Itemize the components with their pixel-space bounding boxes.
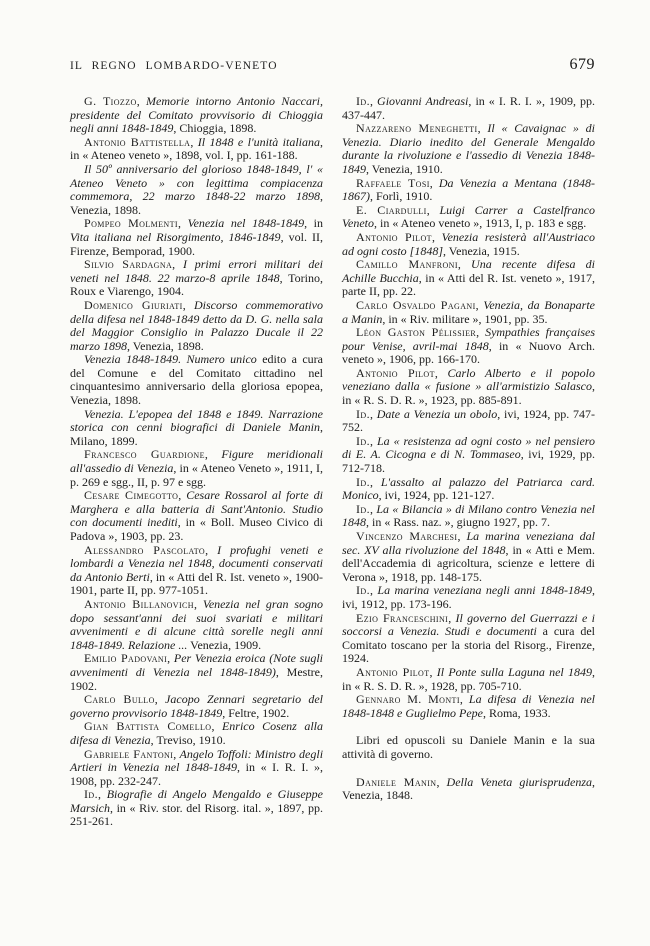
entry-text: , xyxy=(458,257,471,271)
author-name: Gabriele Fantoni xyxy=(84,747,173,761)
bibliography-entry: Venezia 1848-1849. Numero unico edito a … xyxy=(70,353,323,407)
entry-text: , xyxy=(205,447,221,461)
entry-text: , in « Rass. naz. », giugno 1927, pp. 7. xyxy=(366,515,550,529)
bibliography-entry: Alessandro Pascolato, I profughi veneti … xyxy=(70,544,323,598)
entry-text: , xyxy=(478,121,488,135)
author-name: Silvio Sardagna xyxy=(84,257,172,271)
entry-text: , in « Ateneo veneto », 1913, I, p. 183 … xyxy=(374,216,586,230)
author-name: Ezio Franceschini xyxy=(356,611,448,625)
bibliography-entry: G. Tiozzo, Memorie intorno Antonio Nacca… xyxy=(70,95,323,136)
bibliography-entry: Vincenzo Marchesi, La marina veneziana d… xyxy=(342,530,595,584)
bibliography-entry: Gennaro M. Monti, La difesa di Venezia n… xyxy=(342,693,595,720)
bibliography-entry: Antonio Pilot, Venezia resisterà all'Aus… xyxy=(342,231,595,258)
entry-text: , xyxy=(460,692,469,706)
work-title: Venezia nel 1848-1849 xyxy=(188,216,305,230)
bibliography-entry: Id., Date a Venezia un obolo, ivi, 1924,… xyxy=(342,408,595,435)
author-name: G. Tiozzo xyxy=(84,94,137,108)
entry-text: , xyxy=(430,665,437,679)
work-title: Della Veneta giurisprudenza xyxy=(447,775,592,789)
bibliography-entry: Gian Battista Comello, Enrico Cosenz all… xyxy=(70,720,323,747)
bibliography-entry: Antonio Pilot, Il Ponte sulla Laguna nel… xyxy=(342,666,595,693)
bibliography-entry: E. Ciardulli, Luigi Carrer a Castelfranc… xyxy=(342,204,595,231)
bibliography-entry: Antonio Pilot, Carlo Alberto e il popolo… xyxy=(342,367,595,408)
bibliography-entry: Raffaele Tosi, Da Venezia a Mentana (184… xyxy=(342,177,595,204)
bibliography-entry: Id., L'assalto al palazzo del Patriarca … xyxy=(342,476,595,503)
text-columns: G. Tiozzo, Memorie intorno Antonio Nacca… xyxy=(70,95,595,829)
bibliography-entry: Cesare Cimegotto, Cesare Rossarol al for… xyxy=(70,489,323,543)
bibliography-entry: Daniele Manin, Della Veneta giurispruden… xyxy=(342,776,595,803)
bibliography-entry: Camillo Manfroni, Una recente difesa di … xyxy=(342,258,595,299)
author-name: Id. xyxy=(356,434,370,448)
bibliography-entry: Nazzareno Meneghetti, Il « Cavaignac » d… xyxy=(342,122,595,176)
author-name: Daniele Manin xyxy=(356,775,436,789)
author-name: Raffaele Tosi xyxy=(356,176,430,190)
entry-text: , Venezia, 1915. xyxy=(443,244,520,258)
entry-text: , xyxy=(183,298,194,312)
entry-text: , Venezia, 1898. xyxy=(127,339,204,353)
bibliography-entry: Léon Gaston Pélissier, Sympathies frança… xyxy=(342,326,595,367)
entry-text: , xyxy=(370,94,377,108)
work-title: Il Ponte sulla Laguna nel 1849 xyxy=(437,665,592,679)
entry-text: , xyxy=(430,176,439,190)
entry-text: , xyxy=(137,94,146,108)
entry-text: , xyxy=(172,257,183,271)
work-title: Giovanni Andreasi xyxy=(377,94,468,108)
entry-text: , xyxy=(190,135,197,149)
author-name: Id. xyxy=(356,94,370,108)
author-name: Carlo Bullo xyxy=(84,692,155,706)
page-header: IL REGNO LOMBARDO-VENETO 679 xyxy=(70,56,595,74)
entry-text: , xyxy=(370,434,377,448)
book-page: IL REGNO LOMBARDO-VENETO 679 G. Tiozzo, … xyxy=(0,0,650,946)
bibliography-entry: Il 50º anniversario del glorioso 1848-18… xyxy=(70,163,323,217)
work-title: Date a Venezia un obolo xyxy=(377,407,497,421)
right-column: Id., Giovanni Andreasi, in « I. R. I. »,… xyxy=(342,95,595,829)
entry-text: , xyxy=(194,597,203,611)
author-name: Id. xyxy=(356,475,370,489)
author-name: Antonio Pilot xyxy=(356,665,430,679)
work-title: Venezia. L'epopea del 1848 e 1849. Narra… xyxy=(70,407,323,435)
author-name: Id. xyxy=(356,502,370,516)
author-name: Emilio Padovani xyxy=(84,651,167,665)
entry-text: , Chioggia, 1898. xyxy=(173,121,256,135)
entry-text: , xyxy=(167,651,174,665)
entry-text: , xyxy=(370,475,381,489)
author-name: Nazzareno Meneghetti xyxy=(356,121,478,135)
bibliography-entry: Id., Giovanni Andreasi, in « I. R. I. »,… xyxy=(342,95,595,122)
entry-text: Venezia, 1909. xyxy=(187,638,261,652)
author-name: Gian Battista Comello xyxy=(84,719,211,733)
work-title: Il 1848 e l'unità italiana xyxy=(198,135,320,149)
work-title: Vita italiana nel Risorgimento, 1846-184… xyxy=(70,230,281,244)
left-column: G. Tiozzo, Memorie intorno Antonio Nacca… xyxy=(70,95,323,829)
bibliography-entry: Antonio Battistella, Il 1848 e l'unità i… xyxy=(70,136,323,163)
entry-text: , Roma, 1933. xyxy=(483,706,551,720)
bibliography-entry: Id., La marina veneziana negli anni 1848… xyxy=(342,584,595,611)
bibliography-entry: Pompeo Molmenti, Venezia nel 1848-1849, … xyxy=(70,217,323,258)
author-name: Cesare Cimegotto xyxy=(84,488,178,502)
entry-text: , xyxy=(211,719,222,733)
bibliography-entry: Venezia. L'epopea del 1848 e 1849. Narra… xyxy=(70,408,323,449)
bibliography-entry: Carlo Bullo, Jacopo Zennari segretario d… xyxy=(70,693,323,720)
entry-text: , xyxy=(178,216,188,230)
entry-text: , xyxy=(427,203,440,217)
bibliography-entry: Id., La « resistenza ad ogni costo » nel… xyxy=(342,435,595,476)
bibliography-entry: Ezio Franceschini, Il governo del Guerra… xyxy=(342,612,595,666)
author-name: Francesco Guardione xyxy=(84,447,205,461)
bibliography-entry: Domenico Giuriati, Discorso commemorativ… xyxy=(70,299,323,353)
entry-text: , xyxy=(476,325,485,339)
entry-text: , xyxy=(370,407,377,421)
author-name: Id. xyxy=(356,583,370,597)
running-header: IL REGNO LOMBARDO-VENETO xyxy=(70,60,278,72)
entry-text: , Forlì, 1910. xyxy=(370,189,432,203)
author-name: Antonio Pilot xyxy=(356,366,435,380)
author-name: Antonio Pilot xyxy=(356,230,432,244)
author-name: Antonio Battistella xyxy=(84,135,190,149)
author-name: Gennaro M. Monti xyxy=(356,692,460,706)
entry-text: , xyxy=(448,611,455,625)
author-name: Id. xyxy=(356,407,370,421)
entry-text: , xyxy=(205,543,217,557)
entry-text: , Treviso, 1910. xyxy=(151,733,226,747)
bibliography-entry: Gabriele Fantoni, Angelo Toffoli: Minist… xyxy=(70,748,323,789)
entry-text: , xyxy=(98,787,107,801)
author-name: Id. xyxy=(84,787,98,801)
bibliography-entry: Id., Biografie di Angelo Mengaldo e Gius… xyxy=(70,788,323,829)
author-name: Domenico Giuriati xyxy=(84,298,183,312)
author-name: Léon Gaston Pélissier xyxy=(356,325,476,339)
bibliography-entry: Silvio Sardagna, I primi errori militari… xyxy=(70,258,323,299)
entry-text: , xyxy=(435,366,448,380)
author-name: E. Ciardulli xyxy=(356,203,427,217)
bibliography-entry: Antonio Billanovich, Venezia nel gran so… xyxy=(70,598,323,652)
author-name: Pompeo Molmenti xyxy=(84,216,178,230)
author-name: Camillo Manfroni xyxy=(356,257,458,271)
work-title: Il 50º anniversario del glorioso 1848-18… xyxy=(70,162,323,203)
author-name: Vincenzo Marchesi xyxy=(356,529,457,543)
entry-text: , in « Riv. militare », 1901, pp. 35. xyxy=(382,312,547,326)
bibliography-entry: Carlo Osvaldo Pagani, Venezia, da Bonapa… xyxy=(342,299,595,326)
entry-text: , ivi, 1924, pp. 121-127. xyxy=(379,488,495,502)
entry-text: , xyxy=(436,775,446,789)
author-name: Antonio Billanovich xyxy=(84,597,194,611)
entry-text: , xyxy=(432,230,442,244)
bibliography-entry: Emilio Padovani, Per Venezia eroica (Not… xyxy=(70,652,323,693)
work-title: La marina veneziana negli anni 1848-1849 xyxy=(377,583,592,597)
author-name: Carlo Osvaldo Pagani xyxy=(356,298,476,312)
entry-text: , xyxy=(155,692,165,706)
entry-text: Libri ed opuscoli su Daniele Manin e la … xyxy=(342,733,595,761)
bibliography-entry: Id., La « Bilancia » di Milano contro Ve… xyxy=(342,503,595,530)
work-title: Venezia 1848-1849. Numero unico xyxy=(84,352,257,366)
author-name: Alessandro Pascolato xyxy=(84,543,205,557)
entry-text: , Venezia, 1910. xyxy=(366,162,443,176)
entry-text: , Feltre, 1902. xyxy=(222,706,289,720)
page-number: 679 xyxy=(570,56,596,74)
section-note: Libri ed opuscoli su Daniele Manin e la … xyxy=(342,734,595,761)
bibliography-entry: Francesco Guardione, Figure meridionali … xyxy=(70,448,323,489)
entry-text: , in xyxy=(304,216,323,230)
